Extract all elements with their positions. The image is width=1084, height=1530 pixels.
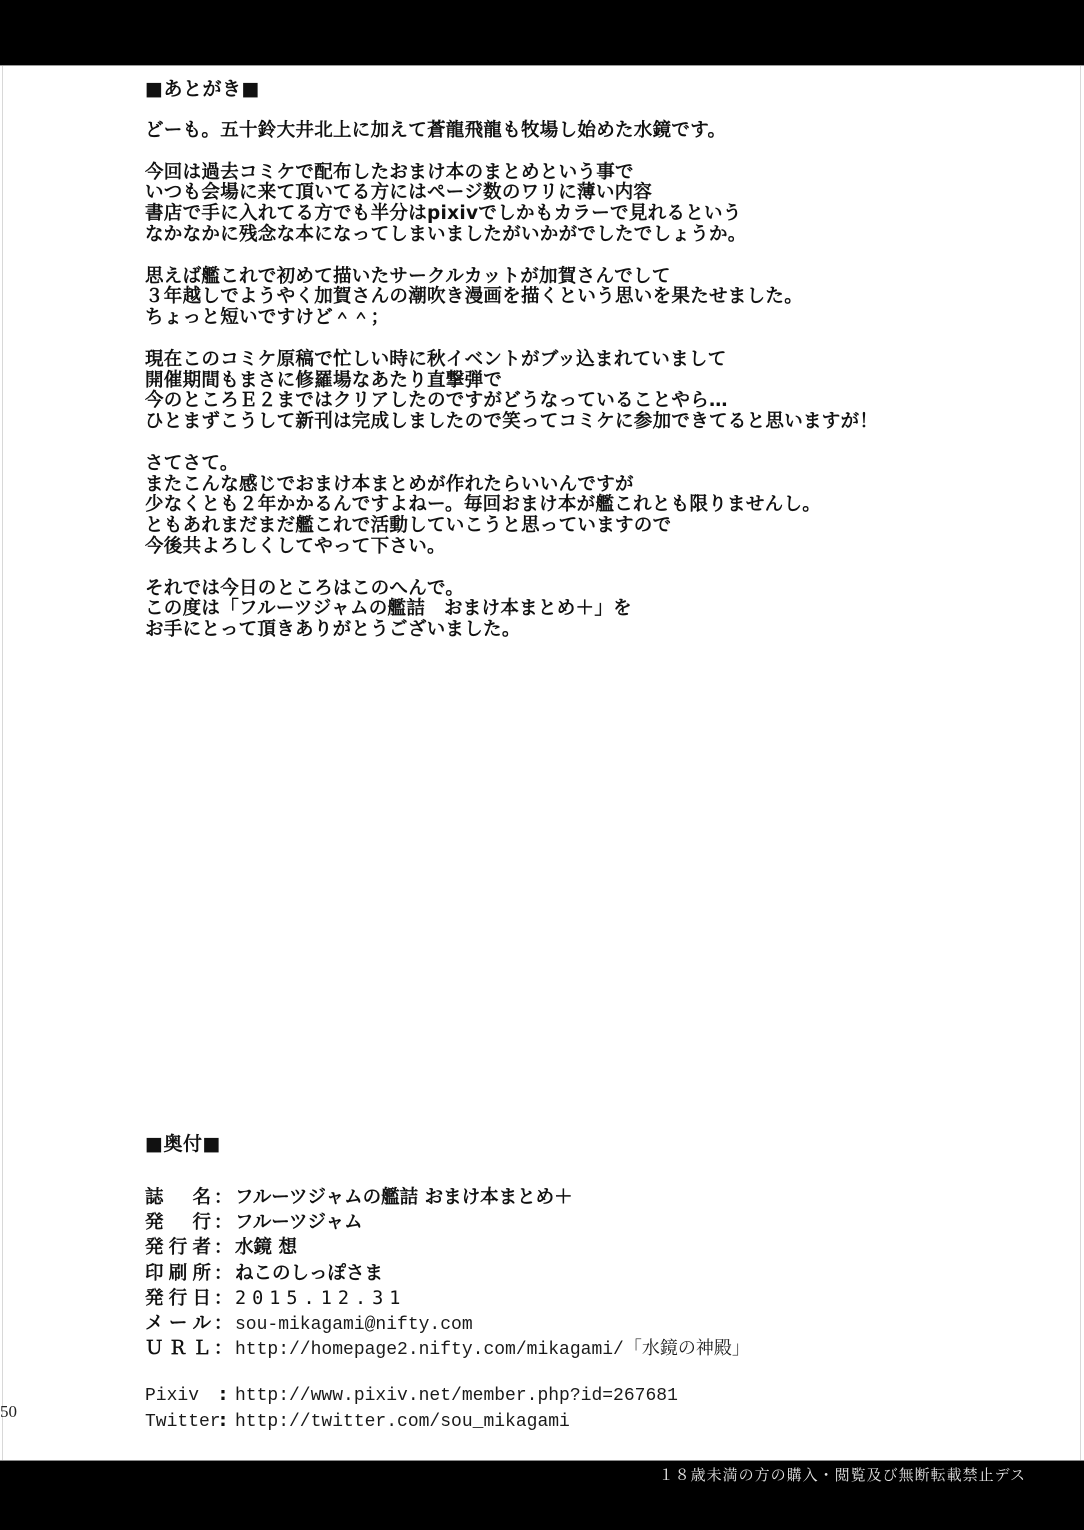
- afterword-paragraph-4: 現在このコミケ原稿で忙しい時に秋イベントがブッ込まれていまして 開催期間もまさに…: [145, 350, 1045, 433]
- homepage-url: http://homepage2.nifty.com/mikagami/「水鏡の…: [235, 1334, 750, 1360]
- afterword-paragraph-2: 今回は過去コミケで配布したおまけ本のまとめという事で いつも会場に来て頂いてる方…: [145, 163, 1045, 246]
- colon: ：: [211, 1334, 235, 1360]
- text-line: 書店で手に入れてる方でも半分はpixivでしかもカラーで見れるという: [145, 204, 1045, 225]
- pixiv-url: http://www.pixiv.net/member.php?id=26768…: [235, 1386, 678, 1406]
- top-black-bar: [0, 0, 1084, 65]
- text-line: この度は「フルーツジャムの艦詰 おまけ本まとめ＋」を: [145, 599, 1045, 620]
- colophon-value: フルーツジャム: [235, 1208, 363, 1234]
- publication-date: 2015.12.31: [235, 1288, 406, 1309]
- afterword-paragraph-1: どーも。五十鈴大井北上に加えて蒼龍飛龍も牧場し始めた水鏡です。: [145, 121, 1045, 142]
- text-line: 少なくとも２年かかるんですよねー。毎回おまけ本が艦これとも限りませんし。: [145, 495, 1045, 516]
- colophon-label: ＵＲＬ: [145, 1334, 211, 1360]
- text-line: それでは今日のところはこのへんで。: [145, 579, 1045, 600]
- afterword-paragraph-3: 思えば艦これで初めて描いたサークルカットが加賀さんでして ３年越しでようやく加賀…: [145, 267, 1045, 329]
- colophon-row-issuer: 発行者 ： 水鏡 想: [145, 1233, 1045, 1258]
- colophon-heading: ■奥付■: [145, 1133, 1045, 1155]
- text-line: ともあれまだまだ艦これで活動していこうと思っていますので: [145, 516, 1045, 537]
- colophon-row-date: 発行日 ： 2015.12.31: [145, 1284, 1045, 1309]
- colon: ：: [211, 1233, 235, 1259]
- text-line: 今後共よろしくしてやって下さい。: [145, 537, 1045, 558]
- text-line: 今のところＥ２まではクリアしたのですがどうなっていることやら…: [145, 391, 1045, 412]
- afterword-heading: ■あとがき■: [145, 78, 1045, 100]
- colophon-row-printer: 印刷所 ： ねこのしっぽさま: [145, 1259, 1045, 1284]
- text-line: またこんな感じでおまけ本まとめが作れたらいいんですが: [145, 475, 1045, 496]
- colophon-label: 発行者: [145, 1233, 211, 1259]
- afterword-section: ■あとがき■ どーも。五十鈴大井北上に加えて蒼龍飛龍も牧場し始めた水鏡です。 今…: [145, 78, 1045, 641]
- colon: ：: [211, 1208, 235, 1234]
- colophon-row-twitter: Twitter : http://twitter.com/sou_mikagam…: [145, 1410, 1045, 1435]
- text-line: 思えば艦これで初めて描いたサークルカットが加賀さんでして: [145, 267, 1045, 288]
- colophon-section: ■奥付■ 誌 名 ： フルーツジャムの艦詰 おまけ本まとめ＋ 発 行 ： フルー…: [145, 1133, 1045, 1435]
- colophon-label: Pixiv: [145, 1386, 211, 1406]
- colon: ：: [211, 1309, 235, 1335]
- spacer: [145, 329, 1045, 350]
- text-line: どーも。五十鈴大井北上に加えて蒼龍飛龍も牧場し始めた水鏡です。: [145, 121, 1045, 142]
- afterword-paragraph-6: それでは今日のところはこのへんで。 この度は「フルーツジャムの艦詰 おまけ本まと…: [145, 579, 1045, 641]
- colophon-label: 発 行: [145, 1208, 211, 1234]
- text-line: 開催期間もまさに修羅場なあたり直撃弾で: [145, 371, 1045, 392]
- colophon-row-publisher: 発 行 ： フルーツジャム: [145, 1208, 1045, 1233]
- colophon-value: 水鏡 想: [235, 1233, 297, 1259]
- colon: :: [211, 1410, 235, 1431]
- age-restriction-notice: １８歳未満の方の購入・閲覧及び無断転載禁止デス: [659, 1464, 1026, 1485]
- text-line: お手にとって頂きありがとうございました。: [145, 620, 1045, 641]
- spacer: [145, 100, 1045, 121]
- spacer: [145, 433, 1045, 454]
- spacer: [145, 142, 1045, 163]
- colophon-label: Twitter: [145, 1412, 211, 1432]
- text-line: 今回は過去コミケで配布したおまけ本のまとめという事で: [145, 163, 1045, 184]
- colophon-row-email: メール ： sou-mikagami@nifty.com: [145, 1309, 1045, 1334]
- bottom-black-bar: １８歳未満の方の購入・閲覧及び無断転載禁止デス: [0, 1460, 1084, 1530]
- colophon-label: 発行日: [145, 1284, 211, 1310]
- colophon-row-pixiv: Pixiv : http://www.pixiv.net/member.php?…: [145, 1384, 1045, 1409]
- text-line: ひとまずこうして新刊は完成しましたので笑ってコミケに参加できてると思いますが！: [145, 412, 1045, 433]
- text-line: なかなかに残念な本になってしまいましたがいかがでしたでしょうか。: [145, 225, 1045, 246]
- email-address: sou-mikagami@nifty.com: [235, 1315, 473, 1335]
- text-line: ちょっと短いですけど＾＾；: [145, 308, 1045, 329]
- colophon-row-title: 誌 名 ： フルーツジャムの艦詰 おまけ本まとめ＋: [145, 1183, 1045, 1208]
- text-line: いつも会場に来て頂いてる方にはページ数のワリに薄い内容: [145, 183, 1045, 204]
- colophon-value: フルーツジャムの艦詰 おまけ本まとめ＋: [235, 1183, 573, 1209]
- text-line: さてさて。: [145, 454, 1045, 475]
- afterword-paragraph-5: さてさて。 またこんな感じでおまけ本まとめが作れたらいいんですが 少なくとも２年…: [145, 454, 1045, 558]
- text-line: ３年越しでようやく加賀さんの潮吹き漫画を描くという思いを果たせました。: [145, 287, 1045, 308]
- spacer: [145, 558, 1045, 579]
- page-number: 50: [0, 1402, 17, 1422]
- colon: ：: [211, 1183, 235, 1209]
- colophon-value: ねこのしっぽさま: [235, 1259, 383, 1285]
- colophon-row-url: ＵＲＬ ： http://homepage2.nifty.com/mikagam…: [145, 1334, 1045, 1359]
- colon: :: [211, 1384, 235, 1405]
- colon: ：: [211, 1284, 235, 1310]
- text-line: 現在このコミケ原稿で忙しい時に秋イベントがブッ込まれていまして: [145, 350, 1045, 371]
- colophon-label: 誌 名: [145, 1183, 211, 1209]
- colophon-label: メール: [145, 1309, 211, 1335]
- colon: ：: [211, 1259, 235, 1285]
- spacer: [145, 246, 1045, 267]
- twitter-url: http://twitter.com/sou_mikagami: [235, 1412, 570, 1432]
- spacer: [145, 1359, 1045, 1384]
- colophon-label: 印刷所: [145, 1259, 211, 1285]
